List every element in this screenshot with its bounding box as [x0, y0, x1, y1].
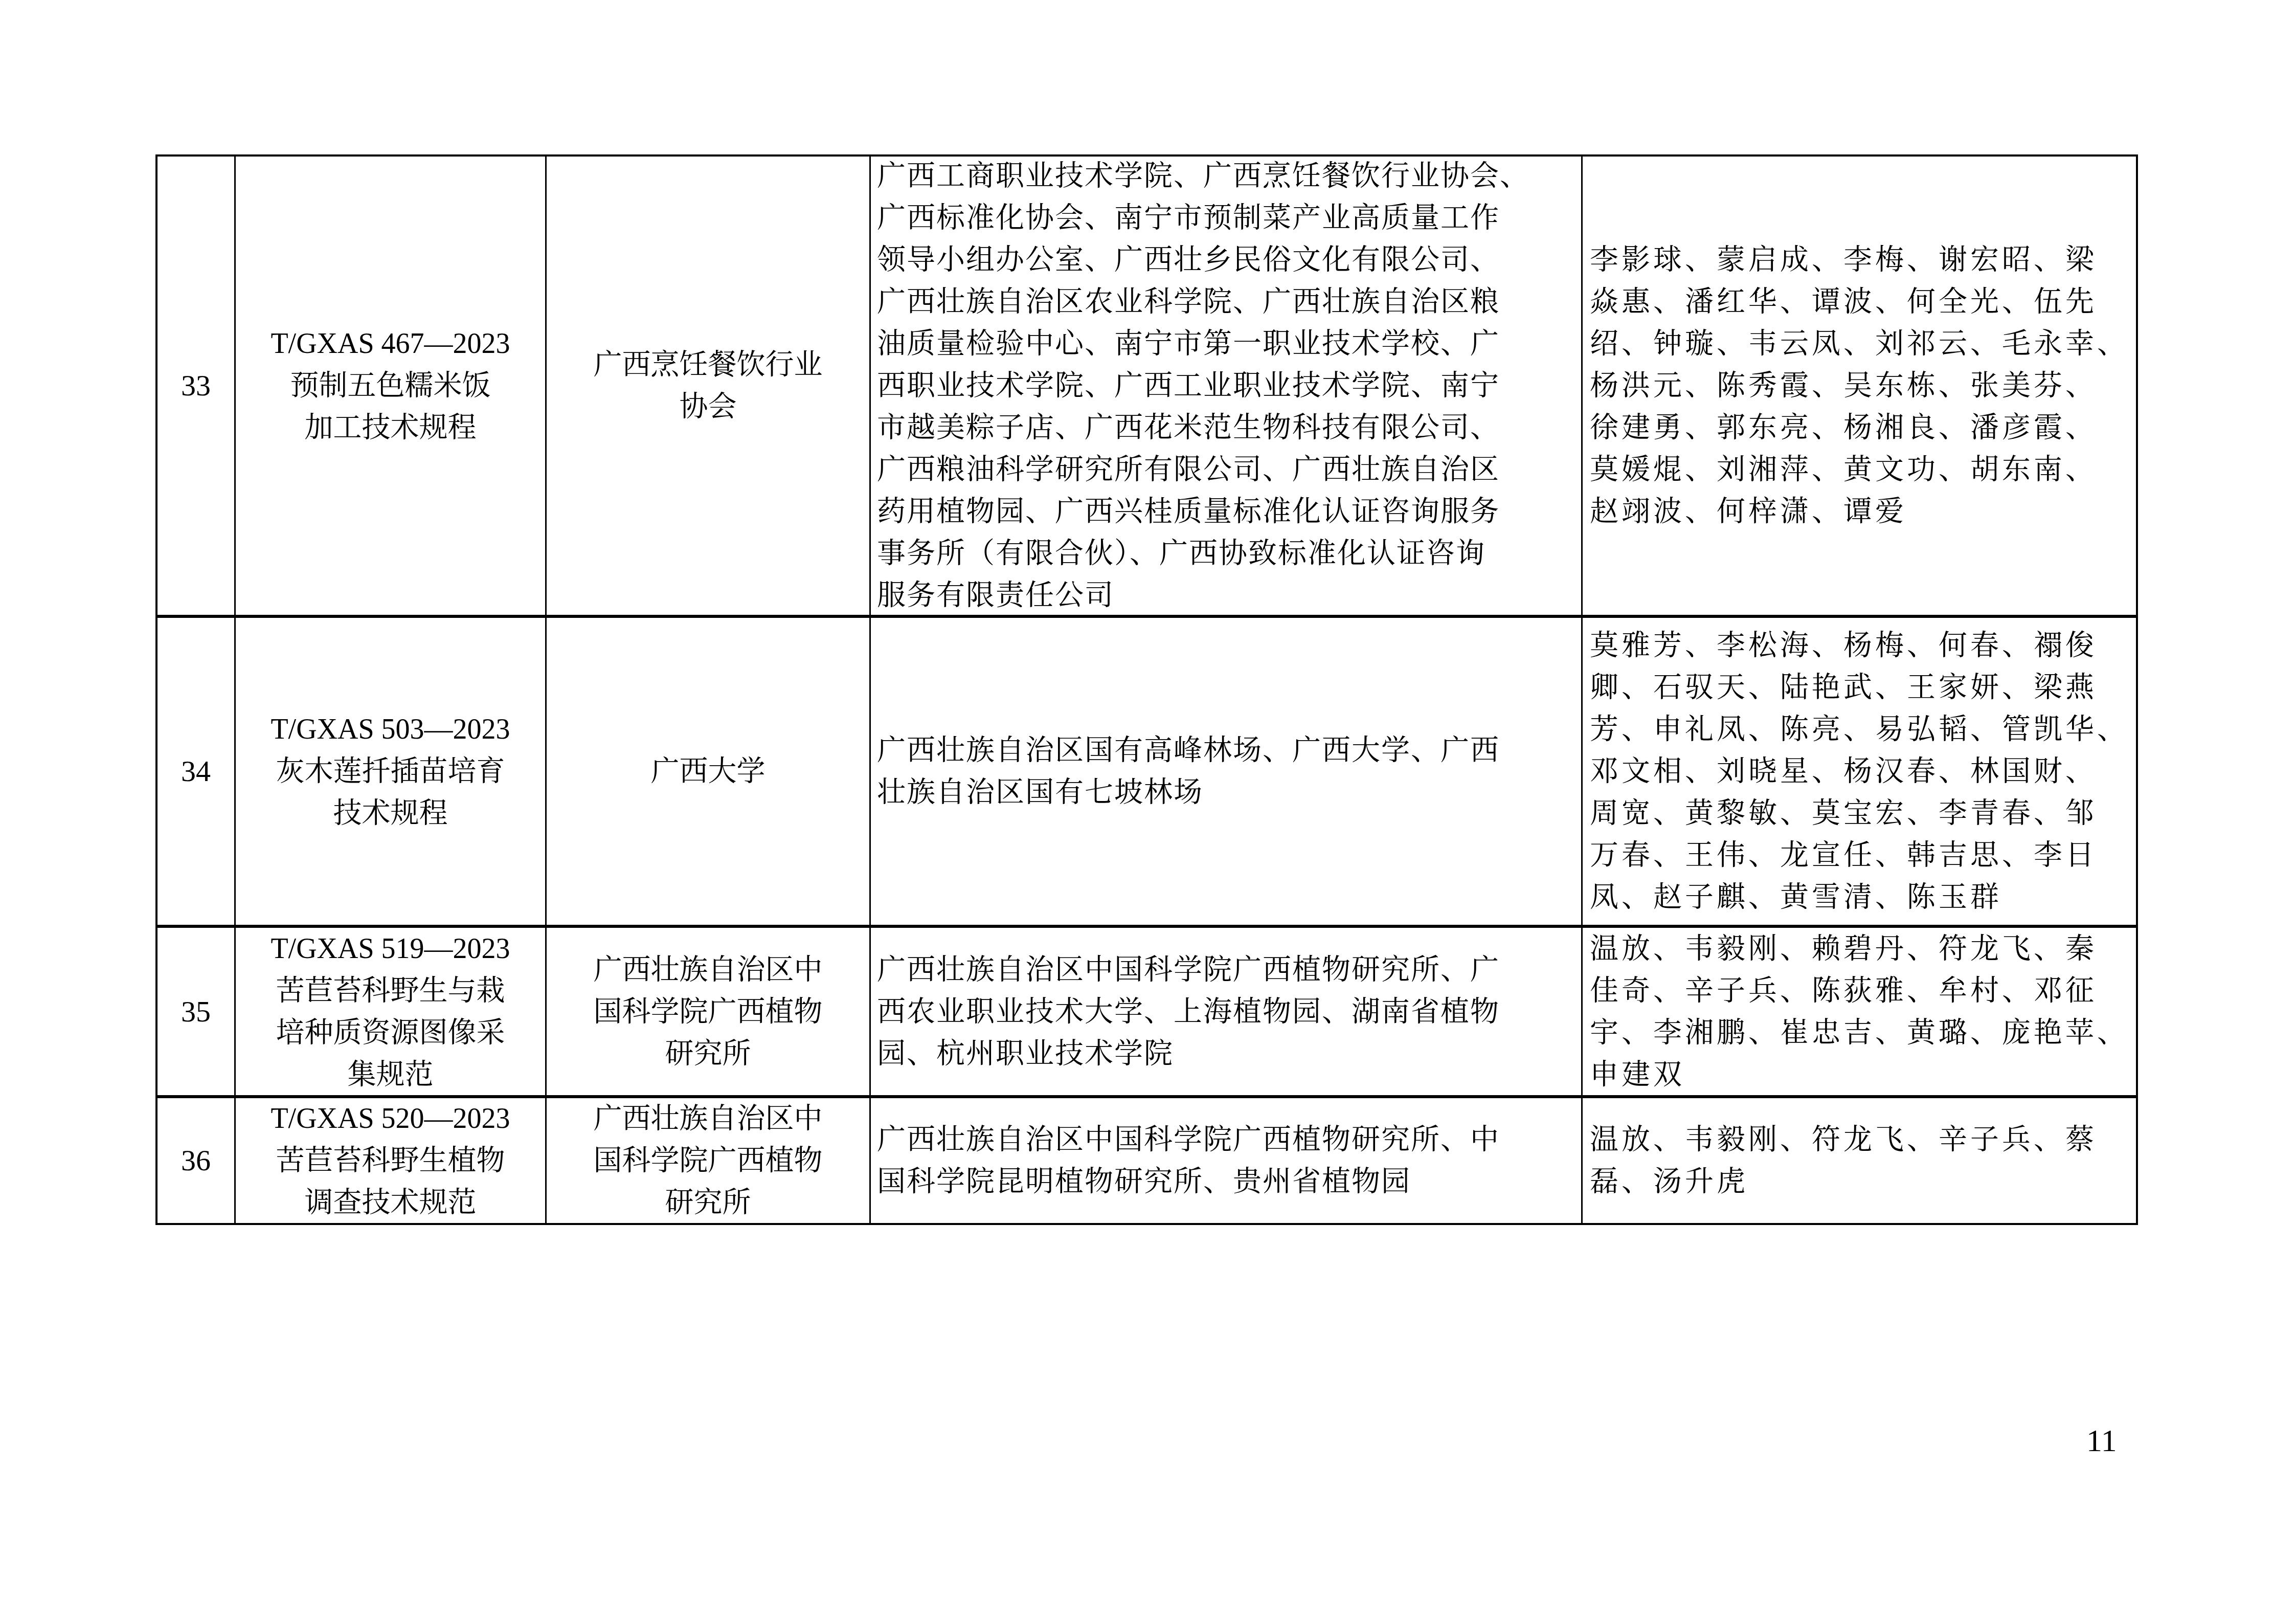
standard-number-and-name: T/GXAS 520—2023 苦苣苔科野生植物 调查技术规范	[234, 1095, 545, 1223]
drafters: 温放、韦毅刚、赖碧丹、符龙飞、秦 佳奇、辛子兵、陈荻雅、牟村、邓征 宇、李湘鹏、…	[1581, 925, 2136, 1095]
standard-number-and-name: T/GXAS 467—2023 预制五色糯米饭 加工技术规程	[234, 157, 545, 615]
drafting-units: 广西壮族自治区中国科学院广西植物研究所、中 国科学院昆明植物研究所、贵州省植物园	[869, 1095, 1581, 1223]
row-index: 36	[157, 1095, 234, 1223]
row-index: 35	[157, 925, 234, 1095]
page-number: 11	[2086, 1423, 2117, 1459]
proposing-org: 广西烹饪餐饮行业 协会	[545, 157, 869, 615]
proposing-org: 广西壮族自治区中 国科学院广西植物 研究所	[545, 1095, 869, 1223]
proposing-org: 广西大学	[545, 615, 869, 925]
drafting-units: 广西壮族自治区国有高峰林场、广西大学、广西 壮族自治区国有七坡林场	[869, 615, 1581, 925]
drafting-units: 广西工商职业技术学院、广西烹饪餐饮行业协会、 广西标准化协会、南宁市预制菜产业高…	[869, 157, 1581, 615]
drafters: 莫雅芳、李松海、杨梅、何春、禤俊 卿、石驭天、陆艳武、王家妍、梁燕 芳、申礼凤、…	[1581, 615, 2136, 925]
standard-number-and-name: T/GXAS 503—2023 灰木莲扦插苗培育 技术规程	[234, 615, 545, 925]
drafting-units: 广西壮族自治区中国科学院广西植物研究所、广 西农业职业技术大学、上海植物园、湖南…	[869, 925, 1581, 1095]
row-index: 34	[157, 615, 234, 925]
row-index: 33	[157, 157, 234, 615]
drafters: 温放、韦毅刚、符龙飞、辛子兵、蔡 磊、汤升虎	[1581, 1095, 2136, 1223]
drafters: 李影球、蒙启成、李梅、谢宏昭、梁 焱惠、潘红华、谭波、何全光、伍先 绍、钟璇、韦…	[1581, 157, 2136, 615]
standards-table: 33 T/GXAS 467—2023 预制五色糯米饭 加工技术规程 广西烹饪餐饮…	[155, 154, 2138, 1225]
standard-number-and-name: T/GXAS 519—2023 苦苣苔科野生与栽 培种质资源图像采 集规范	[234, 925, 545, 1095]
proposing-org: 广西壮族自治区中 国科学院广西植物 研究所	[545, 925, 869, 1095]
document-page: { "page": { "number": "11" }, "table": {…	[0, 0, 2296, 1624]
